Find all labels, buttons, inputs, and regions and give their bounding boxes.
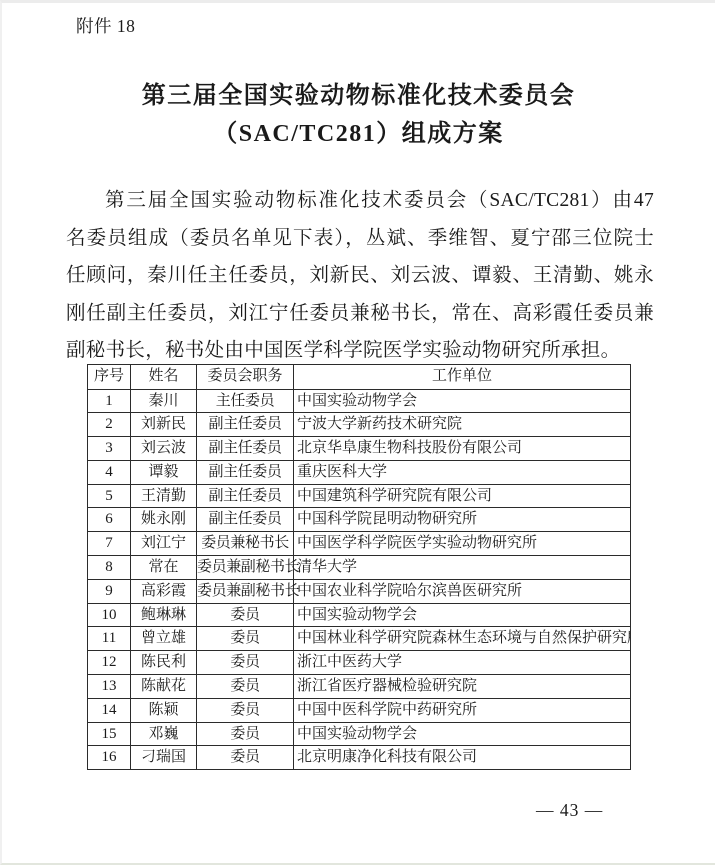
table-row: 15 邓巍 委员 中国实验动物学会 <box>88 722 631 746</box>
intro-paragraph: 第三届全国实验动物标准化技术委员会（SAC/TC281）由47 名委员组成（委员… <box>66 182 654 370</box>
cell-committee-position: 副主任委员 <box>197 508 294 532</box>
table-row: 6 姚永刚 副主任委员 中国科学院昆明动物研究所 <box>88 508 631 532</box>
column-header-organization: 工作单位 <box>294 365 631 390</box>
cell-committee-position: 委员 <box>197 627 294 651</box>
cell-work-organization: 浙江省医疗器械检验研究院 <box>294 675 631 699</box>
document-page: 附件 18 第三届全国实验动物标准化技术委员会 （SAC/TC281）组成方案 … <box>0 0 715 865</box>
paragraph-line: 第三届全国实验动物标准化技术委员会（SAC/TC281）由47 <box>66 182 654 220</box>
cell-serial-number: 6 <box>88 508 131 532</box>
cell-member-name: 鲍琳琳 <box>131 603 197 627</box>
cell-serial-number: 10 <box>88 603 131 627</box>
cell-committee-position: 委员 <box>197 603 294 627</box>
cell-committee-position: 委员 <box>197 675 294 699</box>
document-title-line1: 第三届全国实验动物标准化技术委员会 <box>2 77 715 115</box>
cell-serial-number: 9 <box>88 579 131 603</box>
table-row: 12 陈民利 委员 浙江中医药大学 <box>88 651 631 675</box>
cell-committee-position: 主任委员 <box>197 389 294 413</box>
cell-serial-number: 15 <box>88 722 131 746</box>
table-row: 2 刘新民 副主任委员 宁波大学新药技术研究院 <box>88 413 631 437</box>
cell-committee-position: 委员 <box>197 746 294 770</box>
cell-member-name: 刘云波 <box>131 437 197 461</box>
cell-committee-position: 副主任委员 <box>197 413 294 437</box>
document-title: 第三届全国实验动物标准化技术委员会 （SAC/TC281）组成方案 <box>2 77 715 153</box>
cell-member-name: 高彩霞 <box>131 579 197 603</box>
cell-serial-number: 7 <box>88 532 131 556</box>
table-row: 14 陈颖 委员 中国中医科学院中药研究所 <box>88 698 631 722</box>
paragraph-line: 刚任副主任委员，刘江宁任委员兼秘书长，常在、高彩霞任委员兼 <box>66 295 654 333</box>
cell-serial-number: 4 <box>88 460 131 484</box>
cell-work-organization: 中国科学院昆明动物研究所 <box>294 508 631 532</box>
table-header-row: 序号 姓名 委员会职务 工作单位 <box>88 365 631 390</box>
committee-members-table: 序号 姓名 委员会职务 工作单位 1 秦川 主任委员 中国实验动物学会 2 刘新… <box>87 364 631 770</box>
cell-committee-position: 委员 <box>197 722 294 746</box>
cell-member-name: 刁瑞国 <box>131 746 197 770</box>
cell-serial-number: 2 <box>88 413 131 437</box>
cell-committee-position: 副主任委员 <box>197 460 294 484</box>
column-header-position: 委员会职务 <box>197 365 294 390</box>
cell-member-name: 刘江宁 <box>131 532 197 556</box>
table-row: 4 谭毅 副主任委员 重庆医科大学 <box>88 460 631 484</box>
cell-member-name: 谭毅 <box>131 460 197 484</box>
cell-committee-position: 委员 <box>197 698 294 722</box>
document-title-line2: （SAC/TC281）组成方案 <box>2 115 715 153</box>
cell-member-name: 王清勤 <box>131 484 197 508</box>
cell-serial-number: 12 <box>88 651 131 675</box>
cell-work-organization: 中国中医科学院中药研究所 <box>294 698 631 722</box>
cell-work-organization: 重庆医科大学 <box>294 460 631 484</box>
cell-work-organization: 中国建筑科学研究院有限公司 <box>294 484 631 508</box>
cell-work-organization: 北京华阜康生物科技股份有限公司 <box>294 437 631 461</box>
cell-member-name: 陈献花 <box>131 675 197 699</box>
cell-work-organization: 清华大学 <box>294 556 631 580</box>
cell-work-organization: 宁波大学新药技术研究院 <box>294 413 631 437</box>
paragraph-line: 任顾问，秦川任主任委员，刘新民、刘云波、谭毅、王清勤、姚永 <box>66 257 654 295</box>
table-row: 10 鲍琳琳 委员 中国实验动物学会 <box>88 603 631 627</box>
cell-member-name: 姚永刚 <box>131 508 197 532</box>
cell-serial-number: 16 <box>88 746 131 770</box>
cell-committee-position: 委员兼秘书长 <box>197 532 294 556</box>
cell-work-organization: 中国医学科学院医学实验动物研究所 <box>294 532 631 556</box>
table-row: 1 秦川 主任委员 中国实验动物学会 <box>88 389 631 413</box>
cell-committee-position: 委员 <box>197 651 294 675</box>
cell-member-name: 常在 <box>131 556 197 580</box>
table-row: 8 常在 委员兼副秘书长 清华大学 <box>88 556 631 580</box>
cell-member-name: 曾立雄 <box>131 627 197 651</box>
cell-member-name: 邓巍 <box>131 722 197 746</box>
cell-work-organization: 中国林业科学研究院森林生态环境与自然保护研究所 <box>294 627 631 651</box>
cell-member-name: 陈民利 <box>131 651 197 675</box>
page-number: — 43 — <box>536 800 603 821</box>
cell-committee-position: 委员兼副秘书长 <box>197 579 294 603</box>
cell-work-organization: 中国农业科学院哈尔滨兽医研究所 <box>294 579 631 603</box>
table-row: 3 刘云波 副主任委员 北京华阜康生物科技股份有限公司 <box>88 437 631 461</box>
cell-serial-number: 11 <box>88 627 131 651</box>
paragraph-line: 名委员组成（委员名单见下表），丛斌、季维智、夏宁邵三位院士 <box>66 220 654 258</box>
cell-work-organization: 浙江中医药大学 <box>294 651 631 675</box>
cell-work-organization: 中国实验动物学会 <box>294 603 631 627</box>
table-row: 16 刁瑞国 委员 北京明康净化科技有限公司 <box>88 746 631 770</box>
cell-work-organization: 中国实验动物学会 <box>294 389 631 413</box>
cell-serial-number: 13 <box>88 675 131 699</box>
cell-serial-number: 3 <box>88 437 131 461</box>
cell-member-name: 刘新民 <box>131 413 197 437</box>
cell-committee-position: 委员兼副秘书长 <box>197 556 294 580</box>
cell-work-organization: 中国实验动物学会 <box>294 722 631 746</box>
column-header-no: 序号 <box>88 365 131 390</box>
table-row: 13 陈献花 委员 浙江省医疗器械检验研究院 <box>88 675 631 699</box>
table-header: 序号 姓名 委员会职务 工作单位 <box>88 365 631 390</box>
cell-member-name: 秦川 <box>131 389 197 413</box>
cell-work-organization: 北京明康净化科技有限公司 <box>294 746 631 770</box>
cell-committee-position: 副主任委员 <box>197 484 294 508</box>
table-body: 1 秦川 主任委员 中国实验动物学会 2 刘新民 副主任委员 宁波大学新药技术研… <box>88 389 631 770</box>
cell-member-name: 陈颖 <box>131 698 197 722</box>
cell-committee-position: 副主任委员 <box>197 437 294 461</box>
column-header-name: 姓名 <box>131 365 197 390</box>
attachment-label: 附件 18 <box>76 13 135 38</box>
cell-serial-number: 14 <box>88 698 131 722</box>
cell-serial-number: 8 <box>88 556 131 580</box>
table-row: 5 王清勤 副主任委员 中国建筑科学研究院有限公司 <box>88 484 631 508</box>
cell-serial-number: 5 <box>88 484 131 508</box>
cell-serial-number: 1 <box>88 389 131 413</box>
table-row: 9 高彩霞 委员兼副秘书长 中国农业科学院哈尔滨兽医研究所 <box>88 579 631 603</box>
table-row: 7 刘江宁 委员兼秘书长 中国医学科学院医学实验动物研究所 <box>88 532 631 556</box>
table-row: 11 曾立雄 委员 中国林业科学研究院森林生态环境与自然保护研究所 <box>88 627 631 651</box>
